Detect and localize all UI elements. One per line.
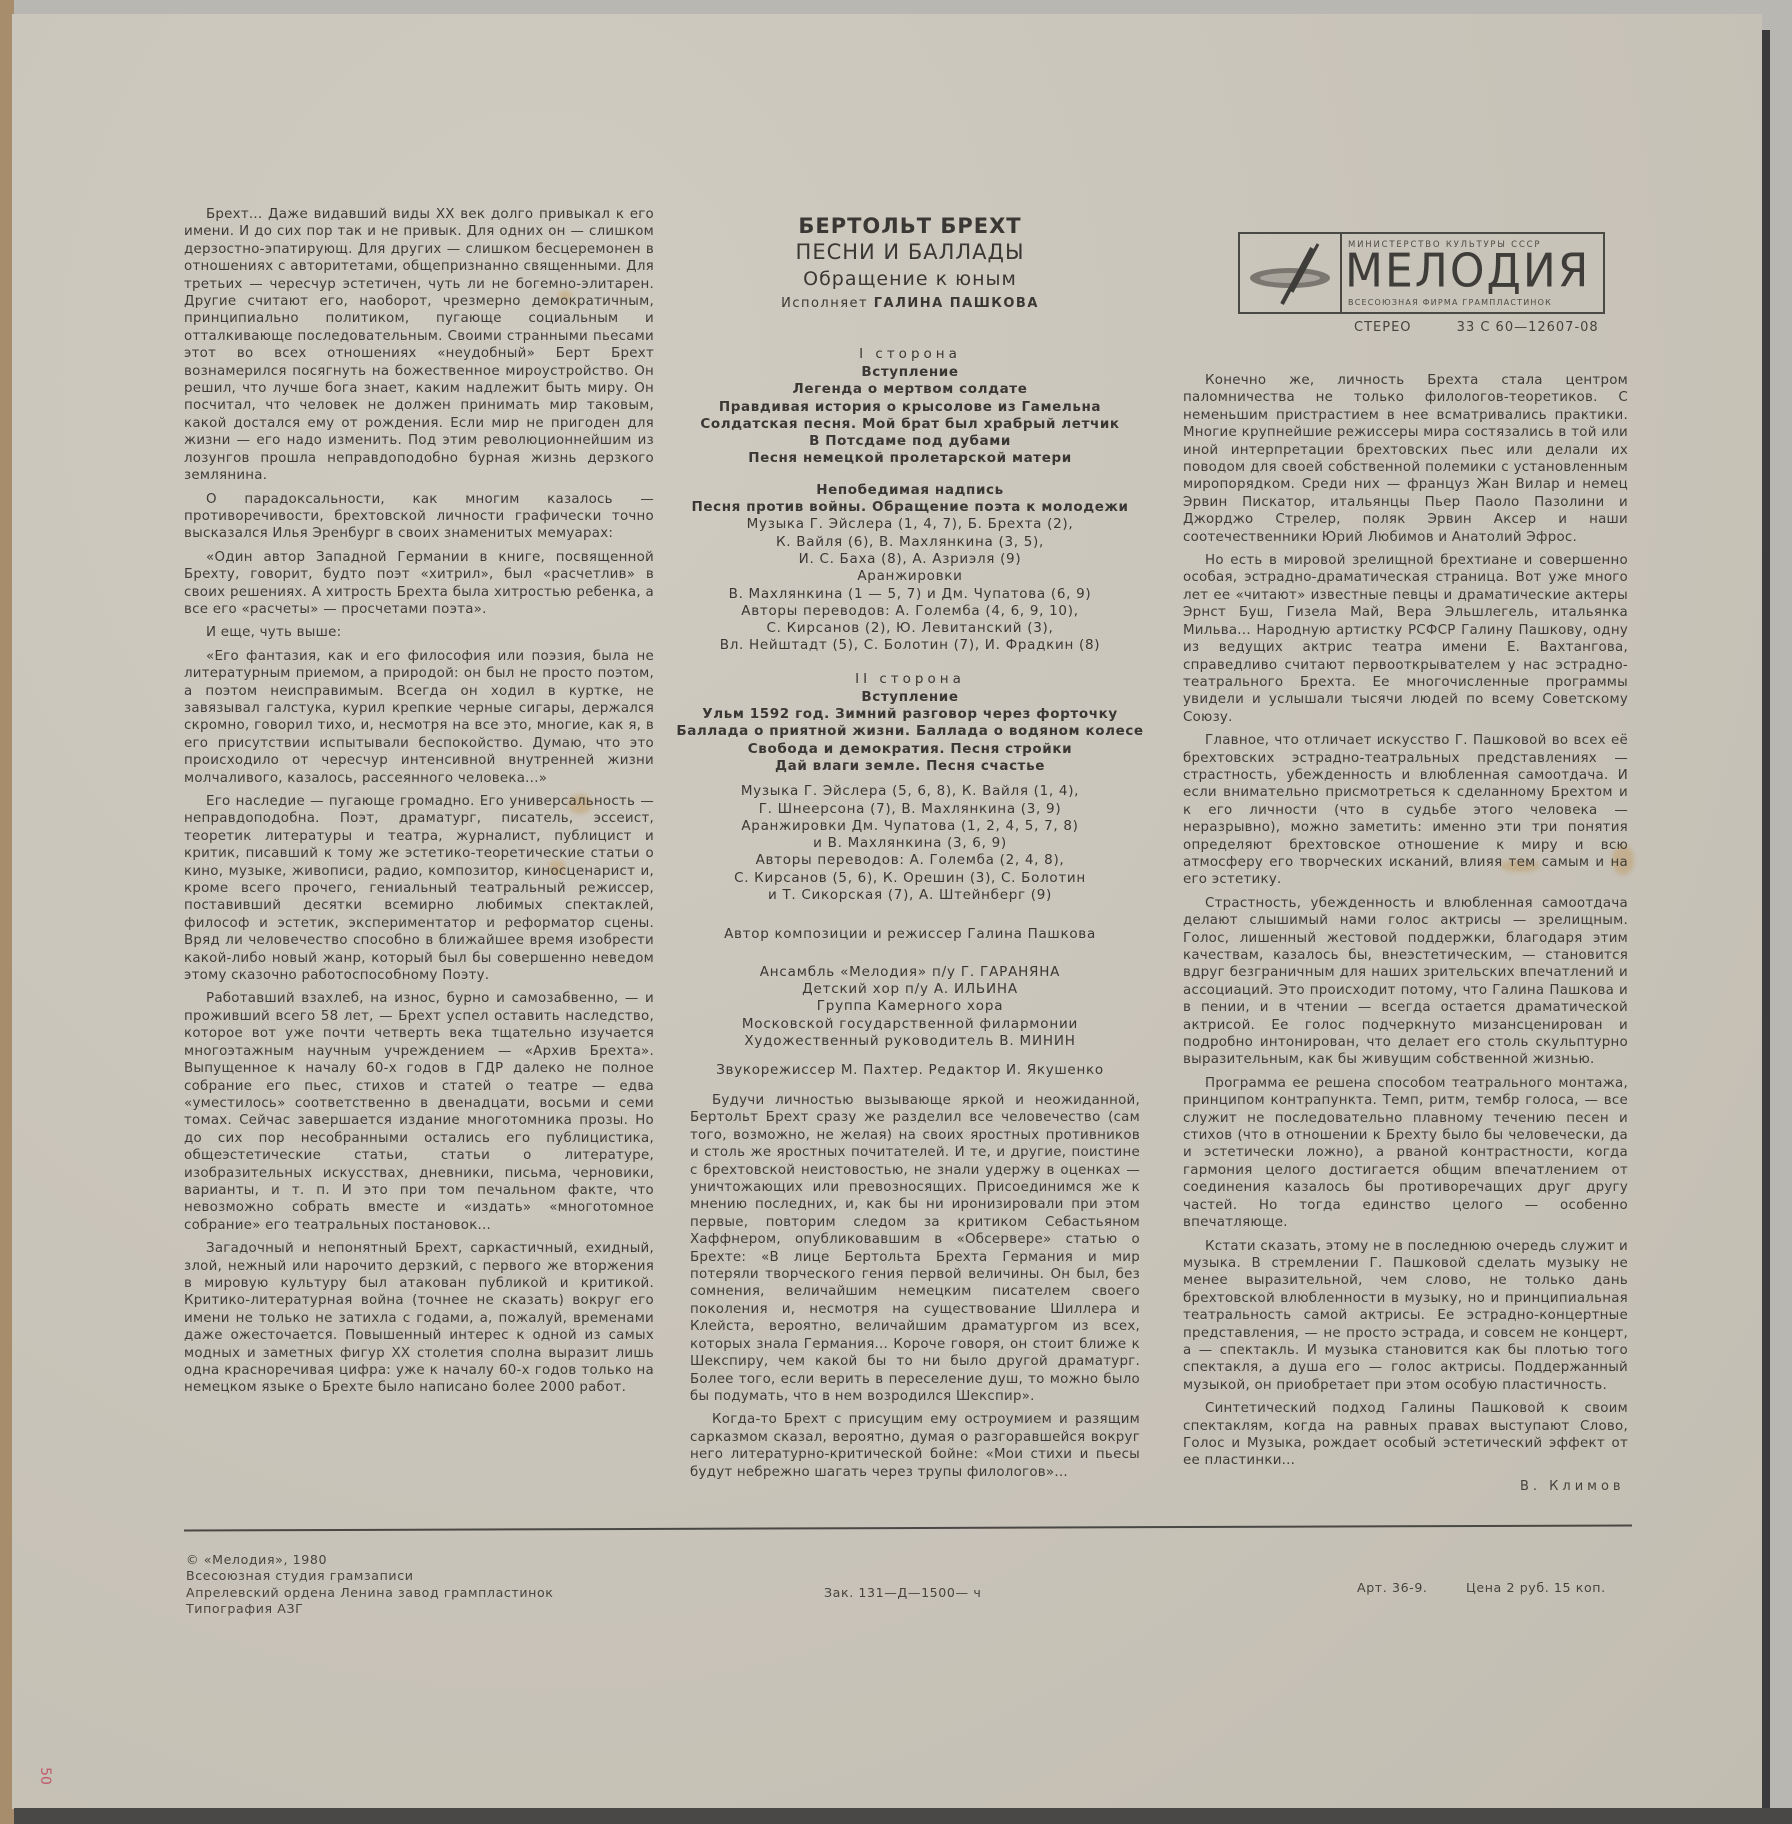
catalog-line: СТЕРЕО 33 С 60—12607-08 [1354,320,1639,335]
credit-line: Аранжировки [660,568,1160,585]
essay-paragraph: Работавший взахлеб, на износ, бурно и са… [184,990,654,1234]
essay-paragraph: О парадоксальности, как многим казалось … [184,491,654,543]
credit-line: и Т. Сикорская (7), А. Штейнберг (9) [660,887,1160,904]
performer-label: Исполняет [781,296,868,311]
side-1-heading: I сторона [660,346,1160,362]
track-title: Непобедимая надпись [660,482,1160,499]
engineers-credit: Звукорежиссер М. Пахтер. Редактор И. Яку… [660,1062,1160,1079]
essay-paragraph: «Его фантазия, как и его философия или п… [184,648,654,787]
track-title: Ульм 1592 год. Зимний разговор через фор… [660,706,1160,723]
track-title [660,468,1160,482]
essay-paragraph: Конечно же, личность Брехта стала центро… [1183,372,1628,546]
track-title: В Потсдаме под дубами [660,433,1160,450]
album-title: ПЕСНИ И БАЛЛАДЫ [660,240,1160,264]
credit-line: К. Вайля (6), В. Махлянкина (3, 5), [660,534,1160,551]
track-title: Песня против войны. Обращение поэта к мо… [660,499,1160,516]
essay-signature: В. Климов [1520,1479,1625,1494]
brand-subtitle: ВСЕСОЮЗНАЯ ФИРМА ГРАМПЛАСТИНОК [1348,298,1552,307]
director-credit: Автор композиции и режиссер Галина Пашко… [660,926,1160,943]
essay-paragraph: Загадочный и непонятный Брехт, саркастич… [184,1240,654,1397]
imprint-line: © «Мелодия», 1980 [186,1552,554,1568]
ensemble-line: Детский хор п/у А. ИЛЬИНА [660,981,1160,998]
pen-mark: 50 [37,1767,53,1785]
track-title: Солдатская песня. Мой брат был храбрый л… [660,416,1160,433]
essay-column-right: Конечно же, личность Брехта стала центро… [1183,372,1628,1476]
credit-line: С. Кирсанов (2), Ю. Левитанский (3), [660,620,1160,637]
price: Цена 2 руб. 15 коп. [1466,1580,1606,1596]
essay-paragraph: Но есть в мировой зрелищной брехтиане и … [1183,552,1628,726]
essay-paragraph: Брехт... Даже видавший виды XX век долго… [184,206,654,485]
track-title: Песня немецкой пролетарской матери [660,450,1160,467]
essay-paragraph: Его наследие — пугающе громадно. Его уни… [184,793,654,984]
credit-line: и В. Махлянкина (3, 6, 9) [660,835,1160,852]
sleeve-bottom-edge [14,1808,1792,1824]
side-2-heading: II сторона [660,671,1160,687]
credit-line: Авторы переводов: А. Големба (2, 4, 8), [660,852,1160,869]
essay-paragraph: Главное, что отличает искусство Г. Пашко… [1183,732,1628,889]
performer-line: Исполняет ГАЛИНА ПАШКОВА [660,296,1160,311]
essay-paragraph: Кстати сказать, этому не в последнюю оче… [1183,1238,1628,1395]
essay-column-middle: Будучи личностью вызывающе яркой и неожи… [690,1092,1140,1487]
tracklist: I сторона ВступлениеЛегенда о мертвом со… [660,334,1160,1079]
credit-line: Аранжировки Дм. Чупатова (1, 2, 4, 5, 7,… [660,818,1160,835]
track-title: Дай влаги земле. Песня счастье [660,758,1160,775]
side-2-credits: Музыка Г. Эйслера (5, 6, 8), К. Вайля (1… [660,783,1160,904]
credit-line: Музыка Г. Эйслера (1, 4, 7), Б. Брехта (… [660,516,1160,533]
ensemble-line: Ансамбль «Мелодия» п/у Г. ГАРАНЯНА [660,964,1160,981]
format-label: СТЕРЕО [1354,320,1412,335]
essay-paragraph: «Один автор Западной Германии в книге, п… [184,549,654,619]
ensemble-line: Художественный руководитель В. МИНИН [660,1033,1160,1050]
essay-paragraph: Страстность, убежденность и влюбленная с… [1183,895,1628,1069]
ensemble-credits: Ансамбль «Мелодия» п/у Г. ГАРАНЯНАДетски… [660,964,1160,1050]
track-title: Вступление [660,689,1160,706]
artist-title: БЕРТОЛЬТ БРЕХТ [660,214,1160,238]
credit-line: Г. Шнеерсона (7), В. Махлянкина (3, 9) [660,801,1160,818]
order-number: Зак. 131—Д—1500— ч [824,1585,981,1601]
credit-line: Вл. Нейштадт (5), С. Болотин (7), И. Фра… [660,637,1160,654]
melodiya-emblem-icon [1240,234,1342,312]
side-1-credits: Музыка Г. Эйслера (1, 4, 7), Б. Брехта (… [660,516,1160,654]
essay-paragraph: И еще, чуть выше: [184,624,654,641]
imprint-line: Апрелевский ордена Ленина завод грамплас… [186,1585,554,1601]
essay-paragraph: Синтетический подход Галины Пашковой к с… [1183,1400,1628,1470]
essay-paragraph: Будучи личностью вызывающе яркой и неожи… [690,1092,1140,1405]
ensemble-line: Группа Камерного хора [660,998,1160,1015]
credit-line: Музыка Г. Эйслера (5, 6, 8), К. Вайля (1… [660,783,1160,800]
side-2-tracks: ВступлениеУльм 1592 год. Зимний разговор… [660,689,1160,775]
ensemble-line: Московской государственной филармонии [660,1016,1160,1033]
imprint-block: © «Мелодия», 1980Всесоюзная студия грамз… [186,1552,554,1617]
track-title: Баллада о приятной жизни. Баллада о водя… [660,723,1160,740]
performer-name: ГАЛИНА ПАШКОВА [874,296,1039,311]
essay-paragraph: Программа ее решена способом театральног… [1183,1075,1628,1232]
essay-column-left: Брехт... Даже видавший виды XX век долго… [184,206,654,1403]
essay-paragraph: Когда-то Брехт с присущим ему остроумием… [690,1411,1140,1481]
melodiya-logo: МИНИСТЕРСТВО КУЛЬТУРЫ СССР МЕЛОДИЯ ВСЕСО… [1238,232,1605,314]
album-subtitle: Обращение к юным [660,268,1160,290]
article-number: Арт. 36-9. [1357,1580,1428,1596]
imprint-line: Всесоюзная студия грамзаписи [186,1568,554,1584]
track-title: Легенда о мертвом солдате [660,381,1160,398]
imprint-line: Типография АЗГ [186,1601,554,1617]
brand-name: МЕЛОДИЯ [1345,245,1590,299]
credit-line: Авторы переводов: А. Големба (4, 6, 9, 1… [660,603,1160,620]
sleeve-right-edge [1762,30,1770,1820]
credit-line: В. Махлянкина (1 — 5, 7) и Дм. Чупатова … [660,586,1160,603]
track-title: Вступление [660,364,1160,381]
credit-line: И. С. Баха (8), А. Азриэля (9) [660,551,1160,568]
credit-line: С. Кирсанов (5, 6), К. Орешин (3), С. Бо… [660,870,1160,887]
track-title: Свобода и демократия. Песня стройки [660,741,1160,758]
catalog-number: 33 С 60—12607-08 [1457,320,1599,335]
track-title: Правдивая история о крысолове из Гамельн… [660,399,1160,416]
side-1-tracks: ВступлениеЛегенда о мертвом солдатеПравд… [660,364,1160,516]
